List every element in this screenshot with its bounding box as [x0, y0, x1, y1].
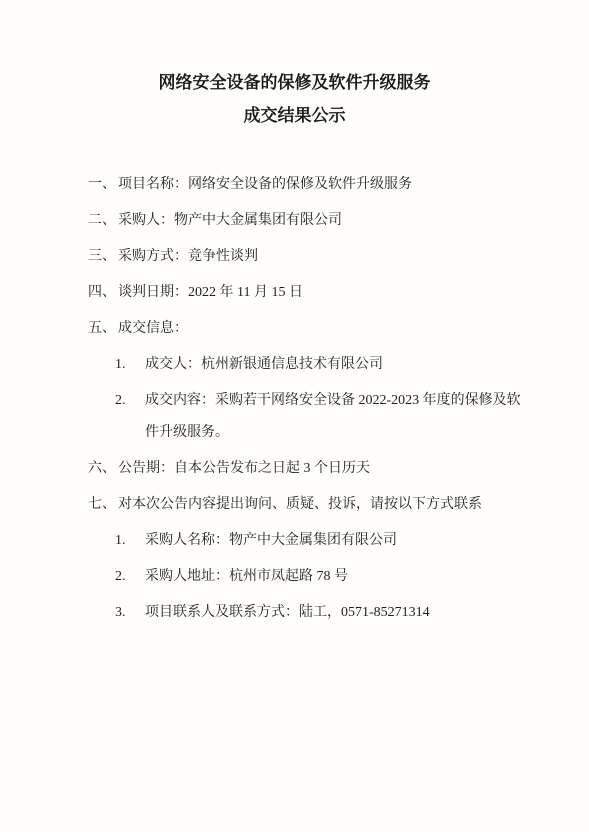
item-procurement-method: 三、采购方式：竞争性谈判: [88, 241, 526, 273]
item-number: 五、: [88, 313, 118, 345]
item-contact-info: 七、对本次公告内容提出询问、质疑、投诉，请按以下方式联系: [88, 489, 526, 521]
document-body: 一、项目名称：网络安全设备的保修及软件升级服务 二、采购人：物产中大金属集团有限…: [0, 169, 589, 629]
item-number: 一、: [88, 169, 118, 201]
item-number: 二、: [88, 205, 118, 237]
item-text: 谈判日期：2022 年 11 月 15 日: [118, 285, 303, 300]
subitem-number: 1.: [115, 349, 145, 381]
subitem-number: 2.: [115, 561, 145, 593]
item-number: 四、: [88, 277, 118, 309]
subitem-project-contact: 3.项目联系人及联系方式：陆工，0571-85271314: [145, 597, 526, 629]
item-purchaser: 二、采购人：物产中大金属集团有限公司: [88, 205, 526, 237]
item-text: 成交信息：: [118, 321, 188, 336]
item-text: 公告期：自本公告发布之日起 3 个日历天: [118, 461, 370, 476]
subitem-number: 3.: [115, 597, 145, 629]
subitem-text: 项目联系人及联系方式：陆工，0571-85271314: [145, 605, 430, 620]
subitem-award-content: 2.成交内容：采购若干网络安全设备 2022-2023 年度的保修及软件升级服务…: [145, 385, 526, 449]
item-number: 三、: [88, 241, 118, 273]
item-negotiation-date: 四、谈判日期：2022 年 11 月 15 日: [88, 277, 526, 309]
item-text: 项目名称：网络安全设备的保修及软件升级服务: [118, 177, 412, 192]
subitem-text: 采购人名称：物产中大金属集团有限公司: [145, 533, 397, 548]
item-announcement-period: 六、公告期：自本公告发布之日起 3 个日历天: [88, 453, 526, 485]
item-text: 采购方式：竞争性谈判: [118, 249, 258, 264]
document-title-line-2: 成交结果公示: [0, 99, 589, 132]
item-number: 六、: [88, 453, 118, 485]
item-number: 七、: [88, 489, 118, 521]
subitem-number: 1.: [115, 525, 145, 557]
subitem-text: 采购人地址：杭州市凤起路 78 号: [145, 569, 348, 584]
item-text: 对本次公告内容提出询问、质疑、投诉，请按以下方式联系: [118, 497, 482, 512]
item-text: 采购人：物产中大金属集团有限公司: [118, 213, 342, 228]
subitem-text: 成交人：杭州新银通信息技术有限公司: [145, 357, 383, 372]
subitem-purchaser-name: 1.采购人名称：物产中大金属集团有限公司: [145, 525, 526, 557]
item-project-name: 一、项目名称：网络安全设备的保修及软件升级服务: [88, 169, 526, 201]
document-page: 网络安全设备的保修及软件升级服务 成交结果公示 一、项目名称：网络安全设备的保修…: [0, 0, 589, 832]
document-title-line-1: 网络安全设备的保修及软件升级服务: [0, 66, 589, 99]
subitem-awardee: 1.成交人：杭州新银通信息技术有限公司: [145, 349, 526, 381]
subitem-purchaser-address: 2.采购人地址：杭州市凤起路 78 号: [145, 561, 526, 593]
subitem-text: 成交内容：采购若干网络安全设备 2022-2023 年度的保修及软件升级服务。: [145, 393, 521, 440]
subitem-number: 2.: [115, 385, 145, 417]
item-award-info: 五、成交信息：: [88, 313, 526, 345]
